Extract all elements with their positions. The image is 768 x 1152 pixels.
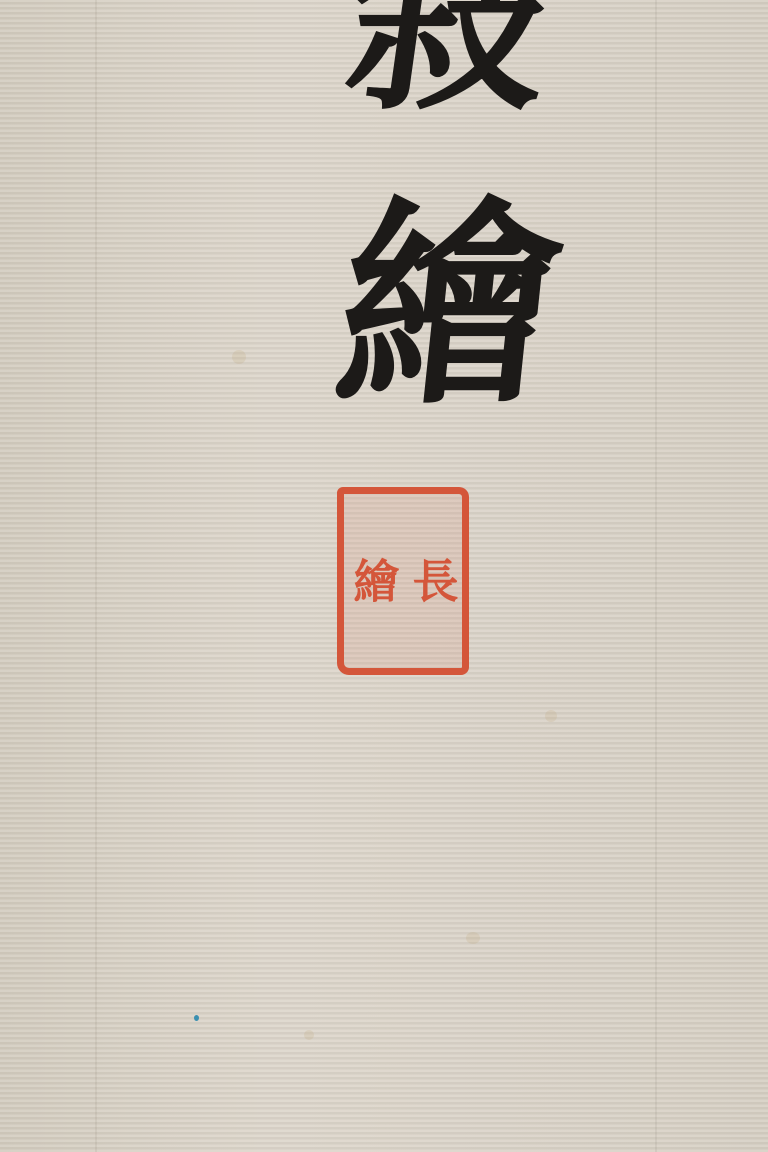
calligraphy-character-1: 敍 — [279, 0, 621, 120]
calligraphy-character-2: 繪 — [288, 195, 611, 415]
paper-stain — [304, 1030, 314, 1040]
paper-stain — [232, 350, 246, 364]
paper-fold-line — [95, 0, 97, 1152]
seal-column-left: 繪 — [351, 557, 397, 605]
seal-column-right: 長 — [410, 557, 456, 605]
ink-speck — [194, 1015, 199, 1021]
paper-stain — [545, 710, 557, 722]
paper-fold-line — [655, 0, 657, 1152]
paper-stain — [466, 932, 480, 944]
red-seal-stamp: 長 繪 — [337, 487, 469, 675]
